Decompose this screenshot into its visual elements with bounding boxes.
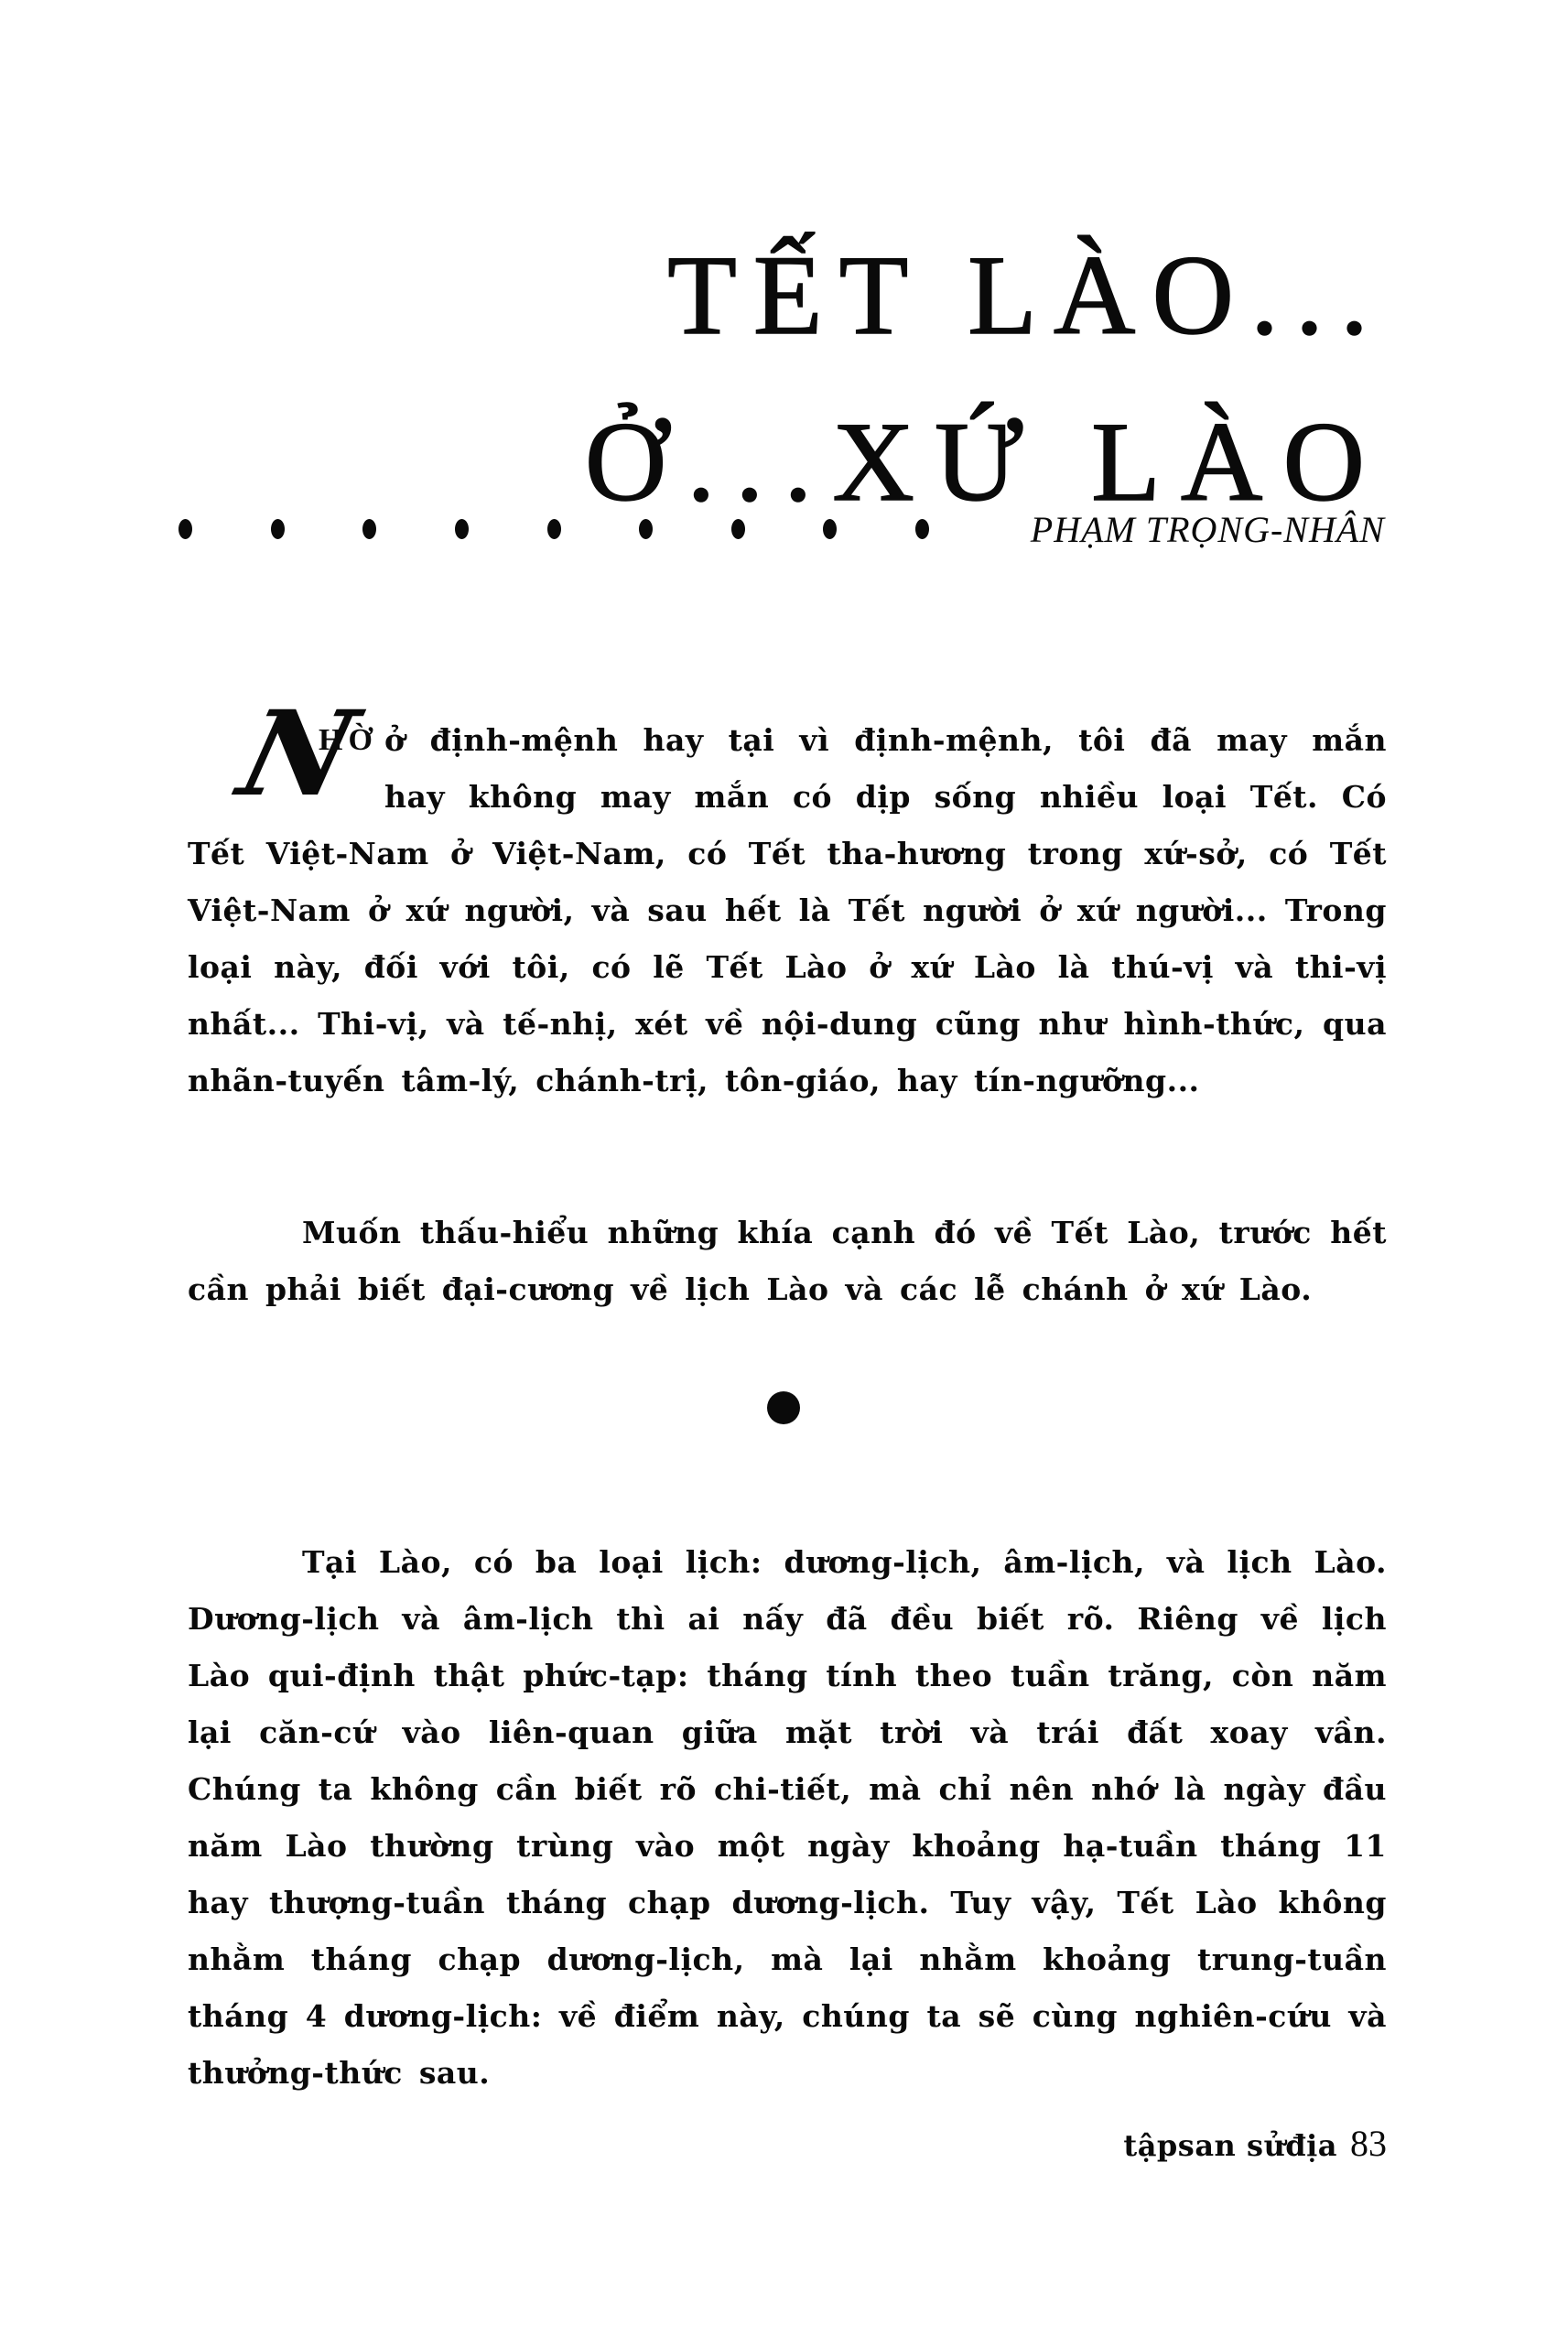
drop-cap-continuation: HỜ	[319, 712, 378, 769]
paragraph-intro: N HỜ ở định-mệnh hay tại vì định-mệnh, t…	[188, 712, 1387, 1109]
bullet-dot-icon	[547, 519, 561, 539]
page-footer: tậpsan sửđịa 83	[1123, 2122, 1387, 2165]
drop-cap: N HỜ	[188, 712, 384, 820]
bullet-dot-icon	[271, 519, 285, 539]
section-divider-dot-icon	[767, 1391, 800, 1424]
bullet-dot-icon	[823, 519, 837, 539]
paragraph-context: Muốn thấu-hiểu những khía cạnh đó về Tết…	[188, 1205, 1387, 1318]
publication-name: tậpsan sửđịa	[1123, 2128, 1337, 2163]
bullet-dot-icon	[639, 519, 653, 539]
bullet-dot-icon	[455, 519, 469, 539]
paragraph-calendar: Tại Lào, có ba loại lịch: dương-lịch, âm…	[188, 1534, 1387, 2102]
bullet-dot-icon	[915, 519, 929, 539]
page-number: 83	[1350, 2122, 1387, 2165]
byline: PHẠM TRỌNG-NHÂN	[178, 502, 1385, 557]
ornamental-dot-row	[178, 519, 929, 539]
bullet-dot-icon	[362, 519, 376, 539]
document-page: TẾT LÀO... Ở...XỨ LÀO PHẠM TRỌNG-NHÂN N …	[0, 0, 1568, 2325]
author-name: PHẠM TRỌNG-NHÂN	[1031, 508, 1385, 551]
bullet-dot-icon	[178, 519, 192, 539]
bullet-dot-icon	[731, 519, 745, 539]
article-title-line-1: TẾT LÀO...	[667, 239, 1385, 352]
